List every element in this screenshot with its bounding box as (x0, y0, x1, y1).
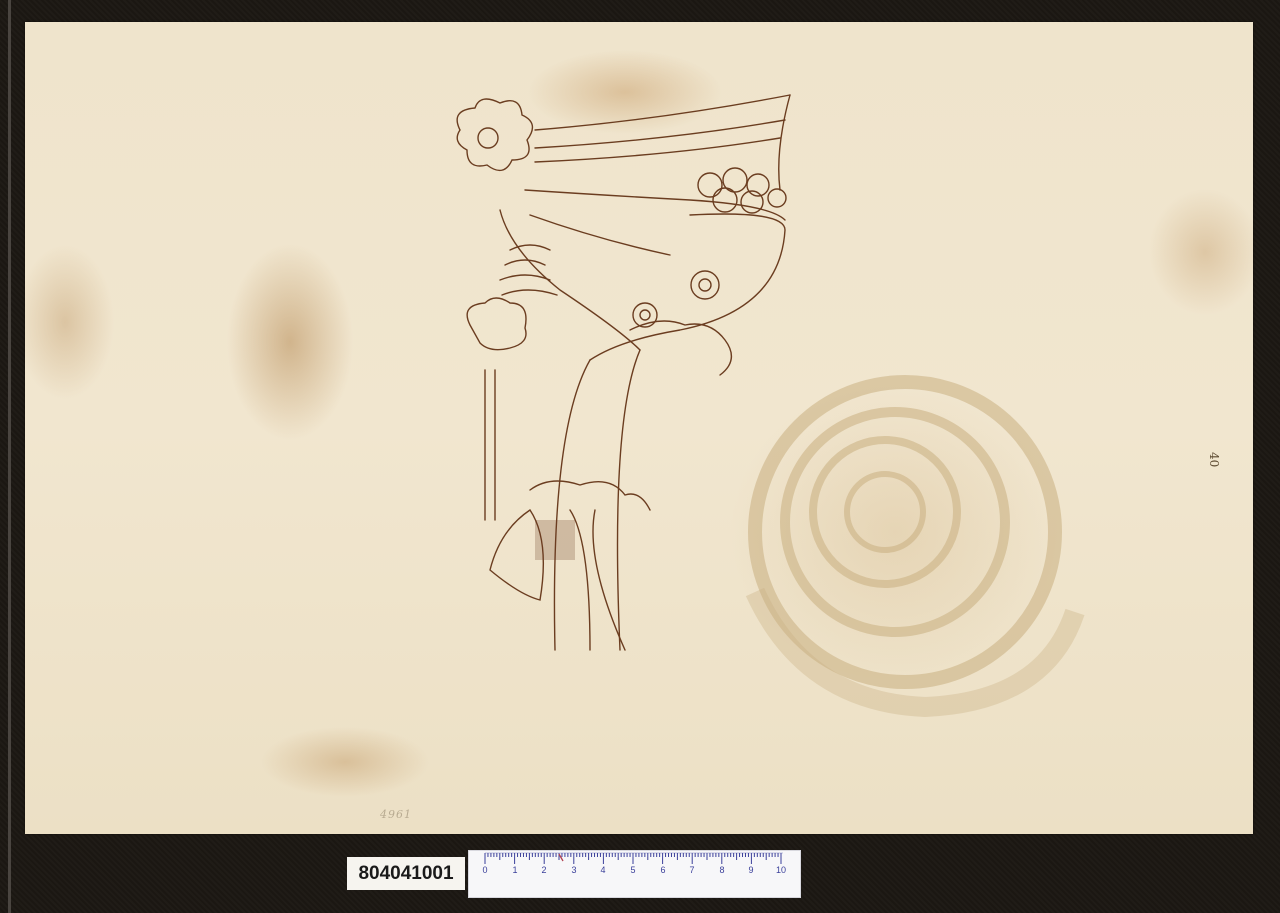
ruler-label: 6 (660, 865, 665, 875)
ruler-label: 8 (719, 865, 724, 875)
ruler-label: 0 (482, 865, 487, 875)
ruler-label: 10 (776, 865, 786, 875)
scale-ruler: 0 1 2 3 4 5 6 7 8 9 10 (468, 850, 801, 898)
capital-drawing (440, 90, 800, 660)
folio-number: 40 (1207, 452, 1221, 467)
ruler-label: 9 (748, 865, 753, 875)
backing-edge (8, 0, 11, 913)
ruler-label: 4 (600, 865, 605, 875)
ruler-label: 3 (571, 865, 576, 875)
pencil-inventory-note: 4961 (380, 808, 412, 821)
catalog-number-label: 804041001 (347, 857, 465, 890)
ruler-label: 1 (512, 865, 517, 875)
ruler-label-row: 0 1 2 3 4 5 6 7 8 9 10 (469, 865, 800, 881)
ruler-label: 7 (689, 865, 694, 875)
ruler-label: 2 (541, 865, 546, 875)
ruler-label: 5 (630, 865, 635, 875)
